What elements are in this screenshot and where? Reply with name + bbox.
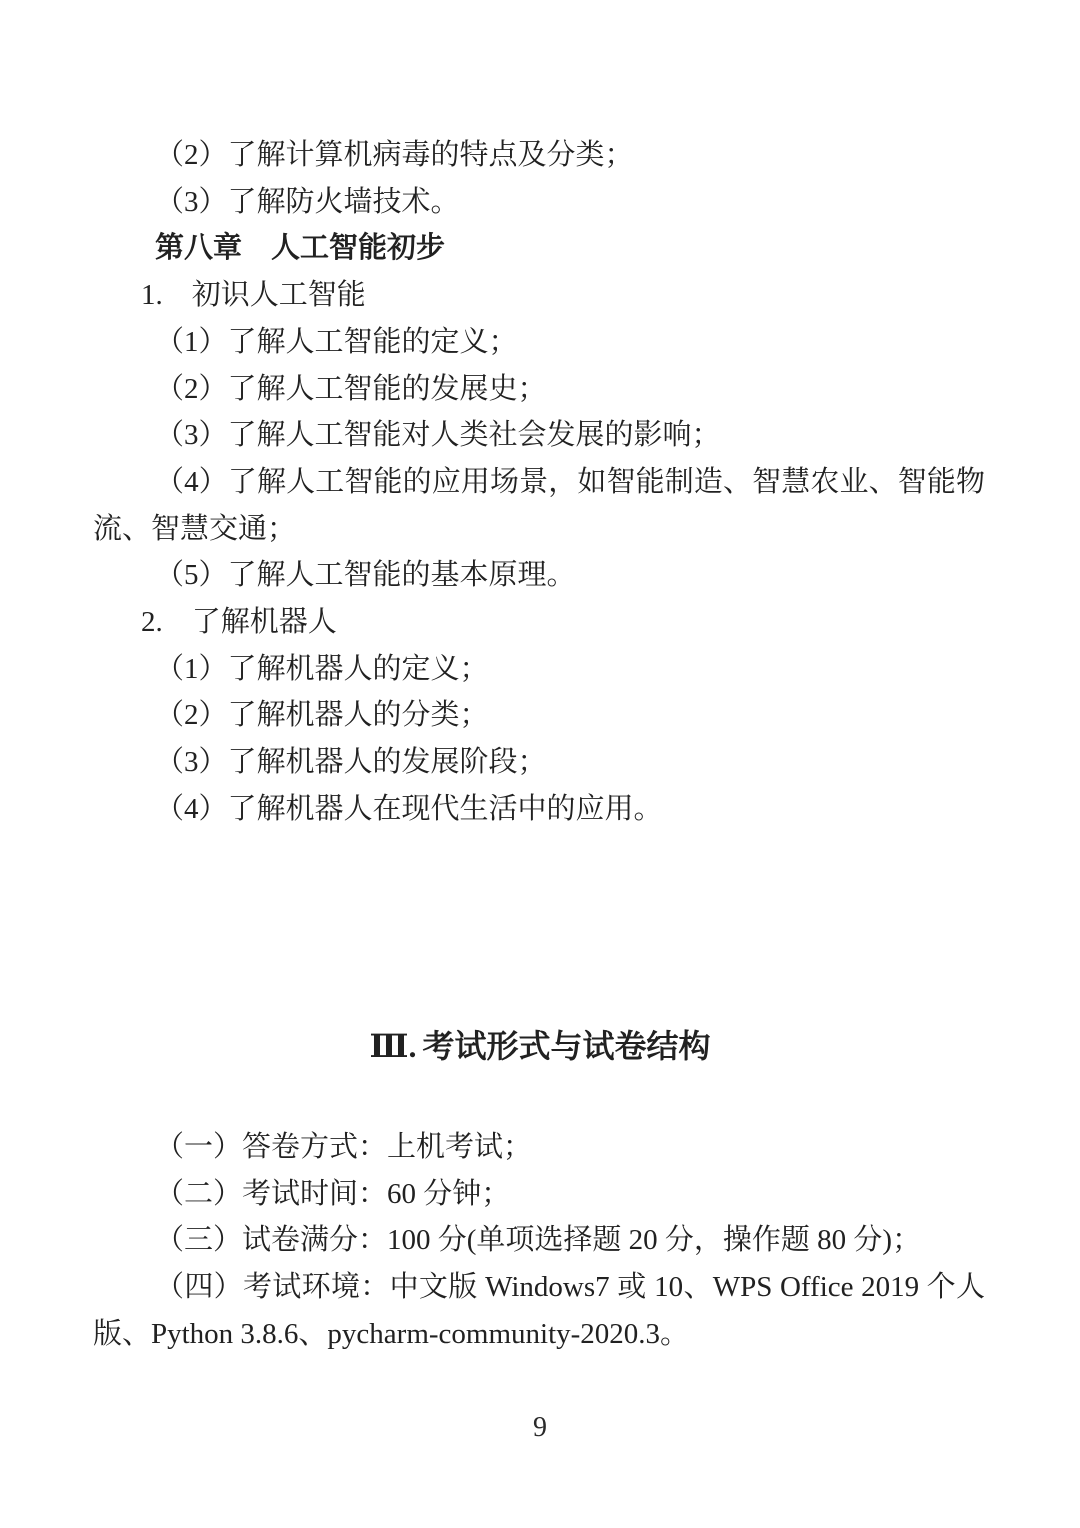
outline-line: （2）了解机器人的分类；	[93, 692, 985, 739]
exam-format-section: （一）答卷方式：上机考试； （二）考试时间：60 分钟； （三）试卷满分：100…	[93, 1124, 985, 1358]
outline-line: （2）了解人工智能的发展史；	[93, 366, 985, 413]
numbered-item: 2. 了解机器人	[93, 599, 985, 646]
outline-line-continuation: 流、智慧交通；	[93, 506, 985, 553]
page-number: 9	[0, 1412, 1080, 1444]
outline-line: （3）了解防火墙技术。	[93, 179, 985, 226]
exam-format-line: （四）考试环境：中文版 Windows7 或 10、WPS Office 201…	[93, 1264, 985, 1311]
outline-line: （4）了解人工智能的应用场景，如智能制造、智慧农业、智能物	[93, 459, 985, 506]
exam-format-line: （一）答卷方式：上机考试；	[93, 1124, 985, 1171]
document-page: （2）了解计算机病毒的特点及分类； （3）了解防火墙技术。 第八章 人工智能初步…	[0, 0, 1080, 1528]
exam-format-line: （二）考试时间：60 分钟；	[93, 1171, 985, 1218]
outline-line: （1）了解人工智能的定义；	[93, 319, 985, 366]
outline-line: （5）了解人工智能的基本原理。	[93, 552, 985, 599]
outline-line: （3）了解人工智能对人类社会发展的影响；	[93, 412, 985, 459]
section-title-text: 考试形式与试卷结构	[422, 1028, 710, 1064]
outline-line: （4）了解机器人在现代生活中的应用。	[93, 786, 985, 833]
outline-line: （2）了解计算机病毒的特点及分类；	[93, 132, 985, 179]
section-title-numeral: Ⅲ.	[370, 1028, 417, 1064]
exam-format-line-continuation: 版、Python 3.8.6、pycharm-community-2020.3。	[93, 1311, 985, 1358]
outline-line: （1）了解机器人的定义；	[93, 646, 985, 693]
outline-line: （3）了解机器人的发展阶段；	[93, 739, 985, 786]
exam-format-line: （三）试卷满分：100 分(单项选择题 20 分，操作题 80 分)；	[93, 1217, 985, 1264]
numbered-item: 1. 初识人工智能	[93, 272, 985, 319]
section-title: Ⅲ.考试形式与试卷结构	[0, 1022, 1080, 1070]
chapter-heading: 第八章 人工智能初步	[93, 225, 985, 272]
syllabus-outline: （2）了解计算机病毒的特点及分类； （3）了解防火墙技术。 第八章 人工智能初步…	[93, 132, 985, 833]
